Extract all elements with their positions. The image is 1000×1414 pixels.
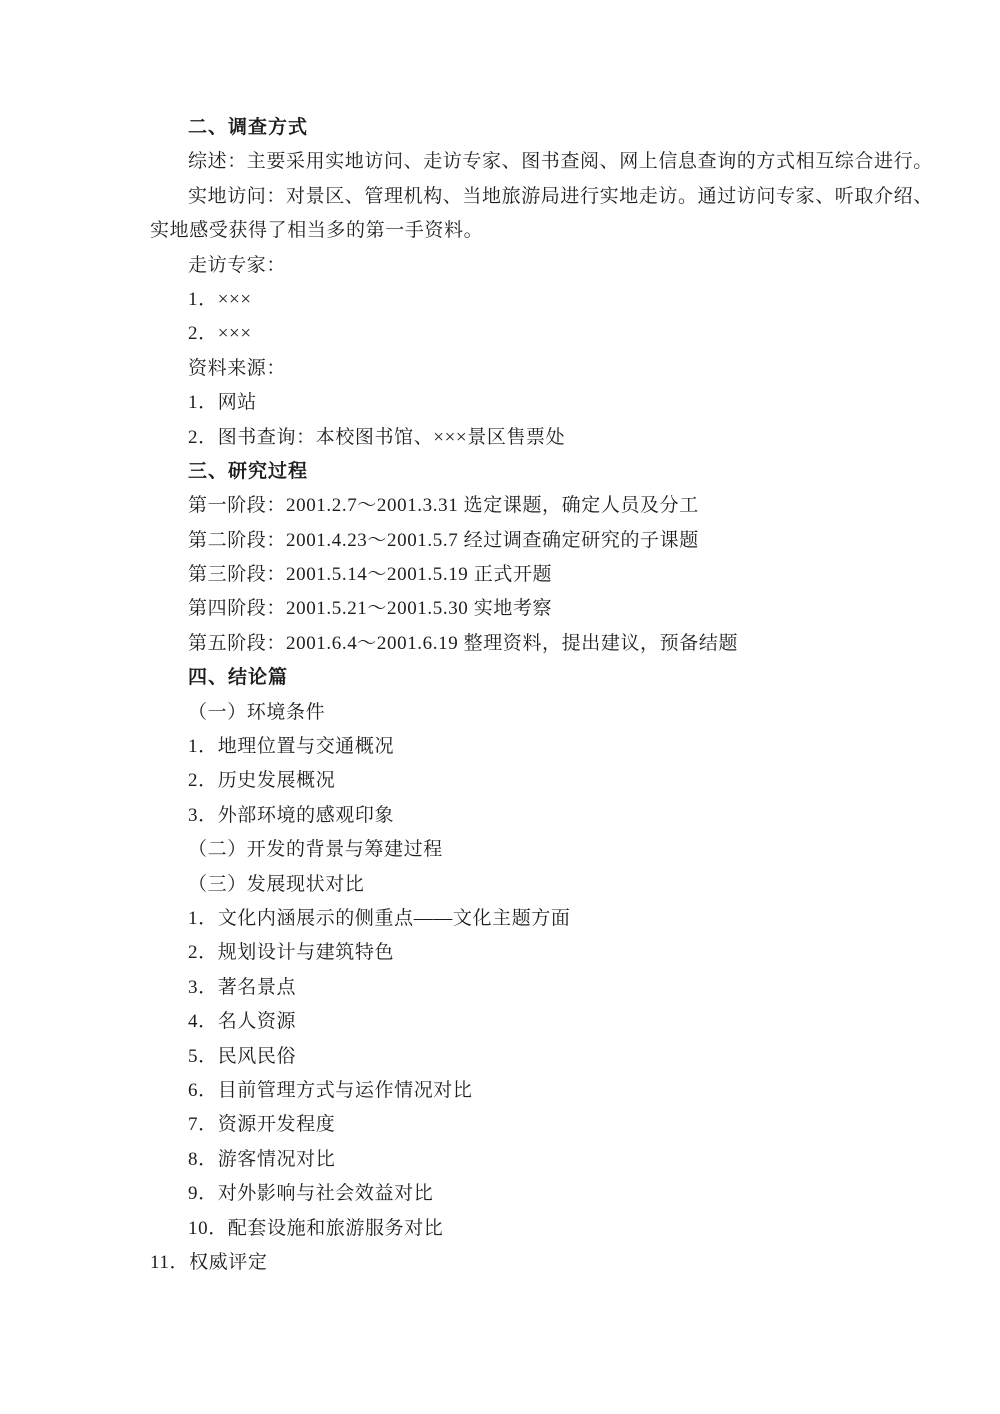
list-item-planning-architecture: 2．规划设计与建筑特色 — [150, 936, 910, 970]
list-item-source-library: 2．图书查询：本校图书馆、×××景区售票处 — [150, 421, 910, 455]
section-heading-conclusion: 四、结论篇 — [150, 661, 910, 695]
section-heading-research-process: 三、研究过程 — [150, 455, 910, 489]
list-item-stage-4: 第四阶段：2001.5.21～2001.5.30 实地考察 — [150, 592, 910, 626]
list-item-folk-customs: 5．民风民俗 — [150, 1040, 910, 1074]
paragraph-field-visit-line2: 实地感受获得了相当多的第一手资料。 — [150, 214, 910, 248]
list-item-stage-5: 第五阶段：2001.6.4～2001.6.19 整理资料，提出建议，预备结题 — [150, 627, 910, 661]
list-item-visitor-comparison: 8．游客情况对比 — [150, 1143, 910, 1177]
subsection-development-background: （二）开发的背景与筹建过程 — [150, 833, 910, 867]
list-item-expert-1: 1．××× — [150, 283, 910, 317]
label-data-sources: 资料来源： — [150, 352, 910, 386]
section-heading-survey-method: 二、调查方式 — [150, 111, 910, 145]
paragraph-overview: 综述：主要采用实地访问、走访专家、图书查阅、网上信息查询的方式相互综合进行。 — [150, 145, 910, 179]
list-item-celebrity-resources: 4．名人资源 — [150, 1005, 910, 1039]
label-experts-visited: 走访专家： — [150, 249, 910, 283]
list-item-famous-spots: 3．著名景点 — [150, 971, 910, 1005]
list-item-influence-benefit: 9．对外影响与社会效益对比 — [150, 1177, 910, 1211]
list-item-facilities-services: 10．配套设施和旅游服务对比 — [150, 1212, 910, 1246]
list-item-stage-1: 第一阶段：2001.2.7～2001.3.31 选定课题，确定人员及分工 — [150, 489, 910, 523]
list-item-stage-2: 第二阶段：2001.4.23～2001.5.7 经过调查确定研究的子课题 — [150, 524, 910, 558]
list-item-authority-rating: 11．权威评定 — [150, 1246, 910, 1280]
list-item-external-impression: 3．外部环境的感观印象 — [150, 799, 910, 833]
list-item-geography-traffic: 1．地理位置与交通概况 — [150, 730, 910, 764]
list-item-source-website: 1．网站 — [150, 386, 910, 420]
list-item-resource-development: 7．资源开发程度 — [150, 1108, 910, 1142]
document-page: 二、调查方式 综述：主要采用实地访问、走访专家、图书查阅、网上信息查询的方式相互… — [0, 0, 1000, 1414]
list-item-management-operation: 6．目前管理方式与运作情况对比 — [150, 1074, 910, 1108]
paragraph-field-visit-line1: 实地访问：对景区、管理机构、当地旅游局进行实地走访。通过访问专家、听取介绍、 — [150, 180, 910, 214]
subsection-environment-conditions: （一）环境条件 — [150, 696, 910, 730]
list-item-history-overview: 2．历史发展概况 — [150, 764, 910, 798]
list-item-expert-2: 2．××× — [150, 317, 910, 351]
list-item-cultural-theme: 1．文化内涵展示的侧重点——文化主题方面 — [150, 902, 910, 936]
subsection-status-comparison: （三）发展现状对比 — [150, 868, 910, 902]
list-item-stage-3: 第三阶段：2001.5.14～2001.5.19 正式开题 — [150, 558, 910, 592]
